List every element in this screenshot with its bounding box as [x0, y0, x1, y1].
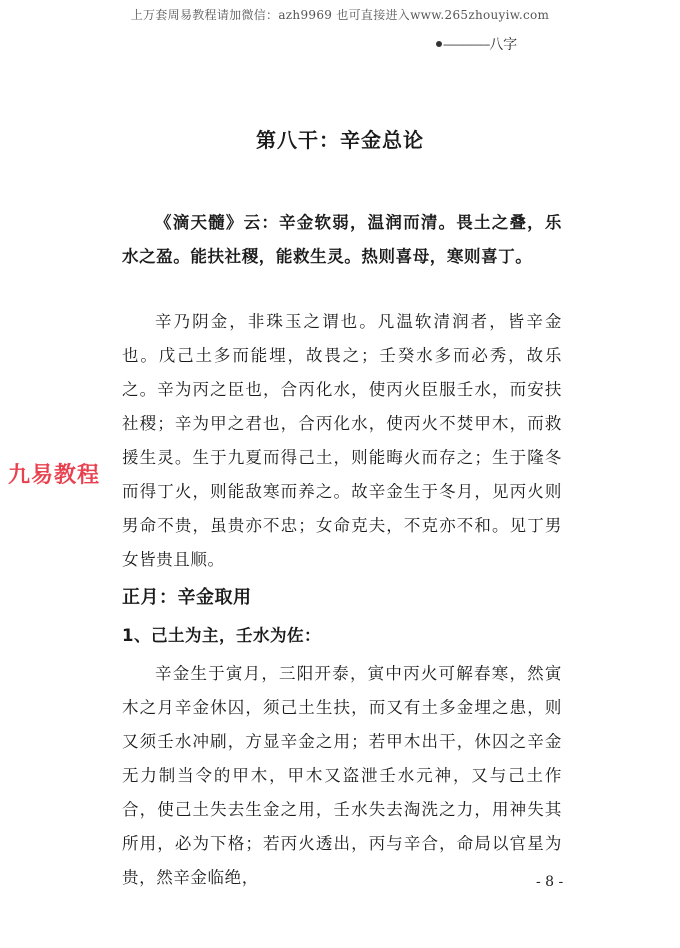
section-title: 正月：辛金取用: [122, 583, 252, 609]
running-header: ----------------- 八字: [436, 34, 517, 54]
page-number: - 8 -: [536, 874, 563, 890]
header-dash-line: -----------------: [443, 38, 489, 51]
side-watermark-logo: 九易教程: [8, 458, 100, 489]
section-body-paragraph: 辛金生于寅月，三阳开泰，寅中丙火可解春寒，然寅木之月辛金休囚，须己土生扶，而又有…: [122, 657, 562, 895]
bullet-dot-icon: [436, 41, 442, 47]
watermark-banner: 上万套周易教程请加微信：azh9969 也可直接进入www.265zhouyiw…: [0, 6, 680, 23]
header-section-label: 八字: [489, 34, 517, 54]
subsection-title: 1、己土为主，壬水为佐：: [122, 622, 321, 646]
classic-quote: 《滴天髓》云：辛金软弱，温润而清。畏土之叠，乐水之盈。能扶社稷，能救生灵。热则喜…: [122, 206, 562, 274]
chapter-title: 第八干：辛金总论: [0, 124, 680, 153]
body-paragraph: 辛乃阴金，非珠玉之谓也。凡温软清润者，皆辛金也。戊己土多而能埋，故畏之；壬癸水多…: [122, 305, 562, 577]
